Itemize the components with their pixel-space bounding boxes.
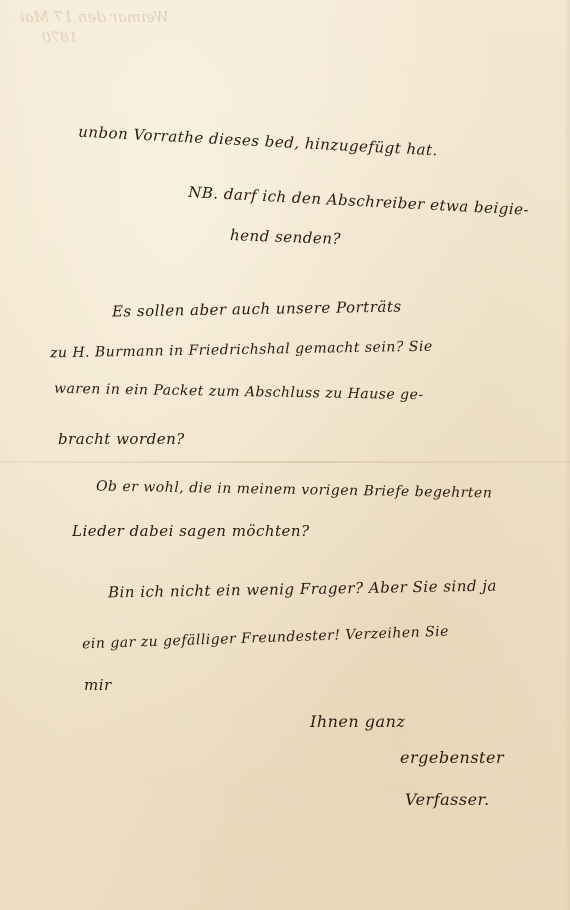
letter-line-6: waren in ein Packet zum Abschluss zu Hau… xyxy=(54,381,424,403)
paper-edge xyxy=(564,0,570,910)
letter-line-5: zu H. Burmann in Friedrichshal gemacht s… xyxy=(50,339,433,362)
letter-line-1: unbon Vorrathe dieses bed, hinzugefügt h… xyxy=(78,123,439,160)
letter-line-12: mir xyxy=(84,676,112,694)
closing-line-2: ergebenster xyxy=(400,748,504,767)
letter-line-11: ein gar zu gefälliger Freundester! Verze… xyxy=(82,624,449,653)
letter-line-9: Lieder dabei sagen möchten? xyxy=(72,522,310,540)
letter-line-10: Bin ich nicht ein wenig Frager? Aber Sie… xyxy=(108,577,497,602)
letter-line-3: hend senden? xyxy=(230,226,342,248)
letter-line-2: NB. darf ich den Abschreiber etwa beigie… xyxy=(188,183,530,219)
paper-fold-line xyxy=(0,461,570,463)
letter-line-7: bracht worden? xyxy=(58,430,185,448)
bleed-through-date: Weimar den 17 Mai xyxy=(20,8,169,26)
signature: Verfasser. xyxy=(405,790,490,809)
letter-page: Weimar den 17 Mai 1870 unbon Vorrathe di… xyxy=(0,0,570,910)
letter-line-8: Ob er wohl, die in meinem vorigen Briefe… xyxy=(96,479,493,502)
closing-line-1: Ihnen ganz xyxy=(310,712,405,731)
bleed-through-year: 1870 xyxy=(42,30,78,46)
letter-line-4: Es sollen aber auch unsere Porträts xyxy=(112,297,402,320)
